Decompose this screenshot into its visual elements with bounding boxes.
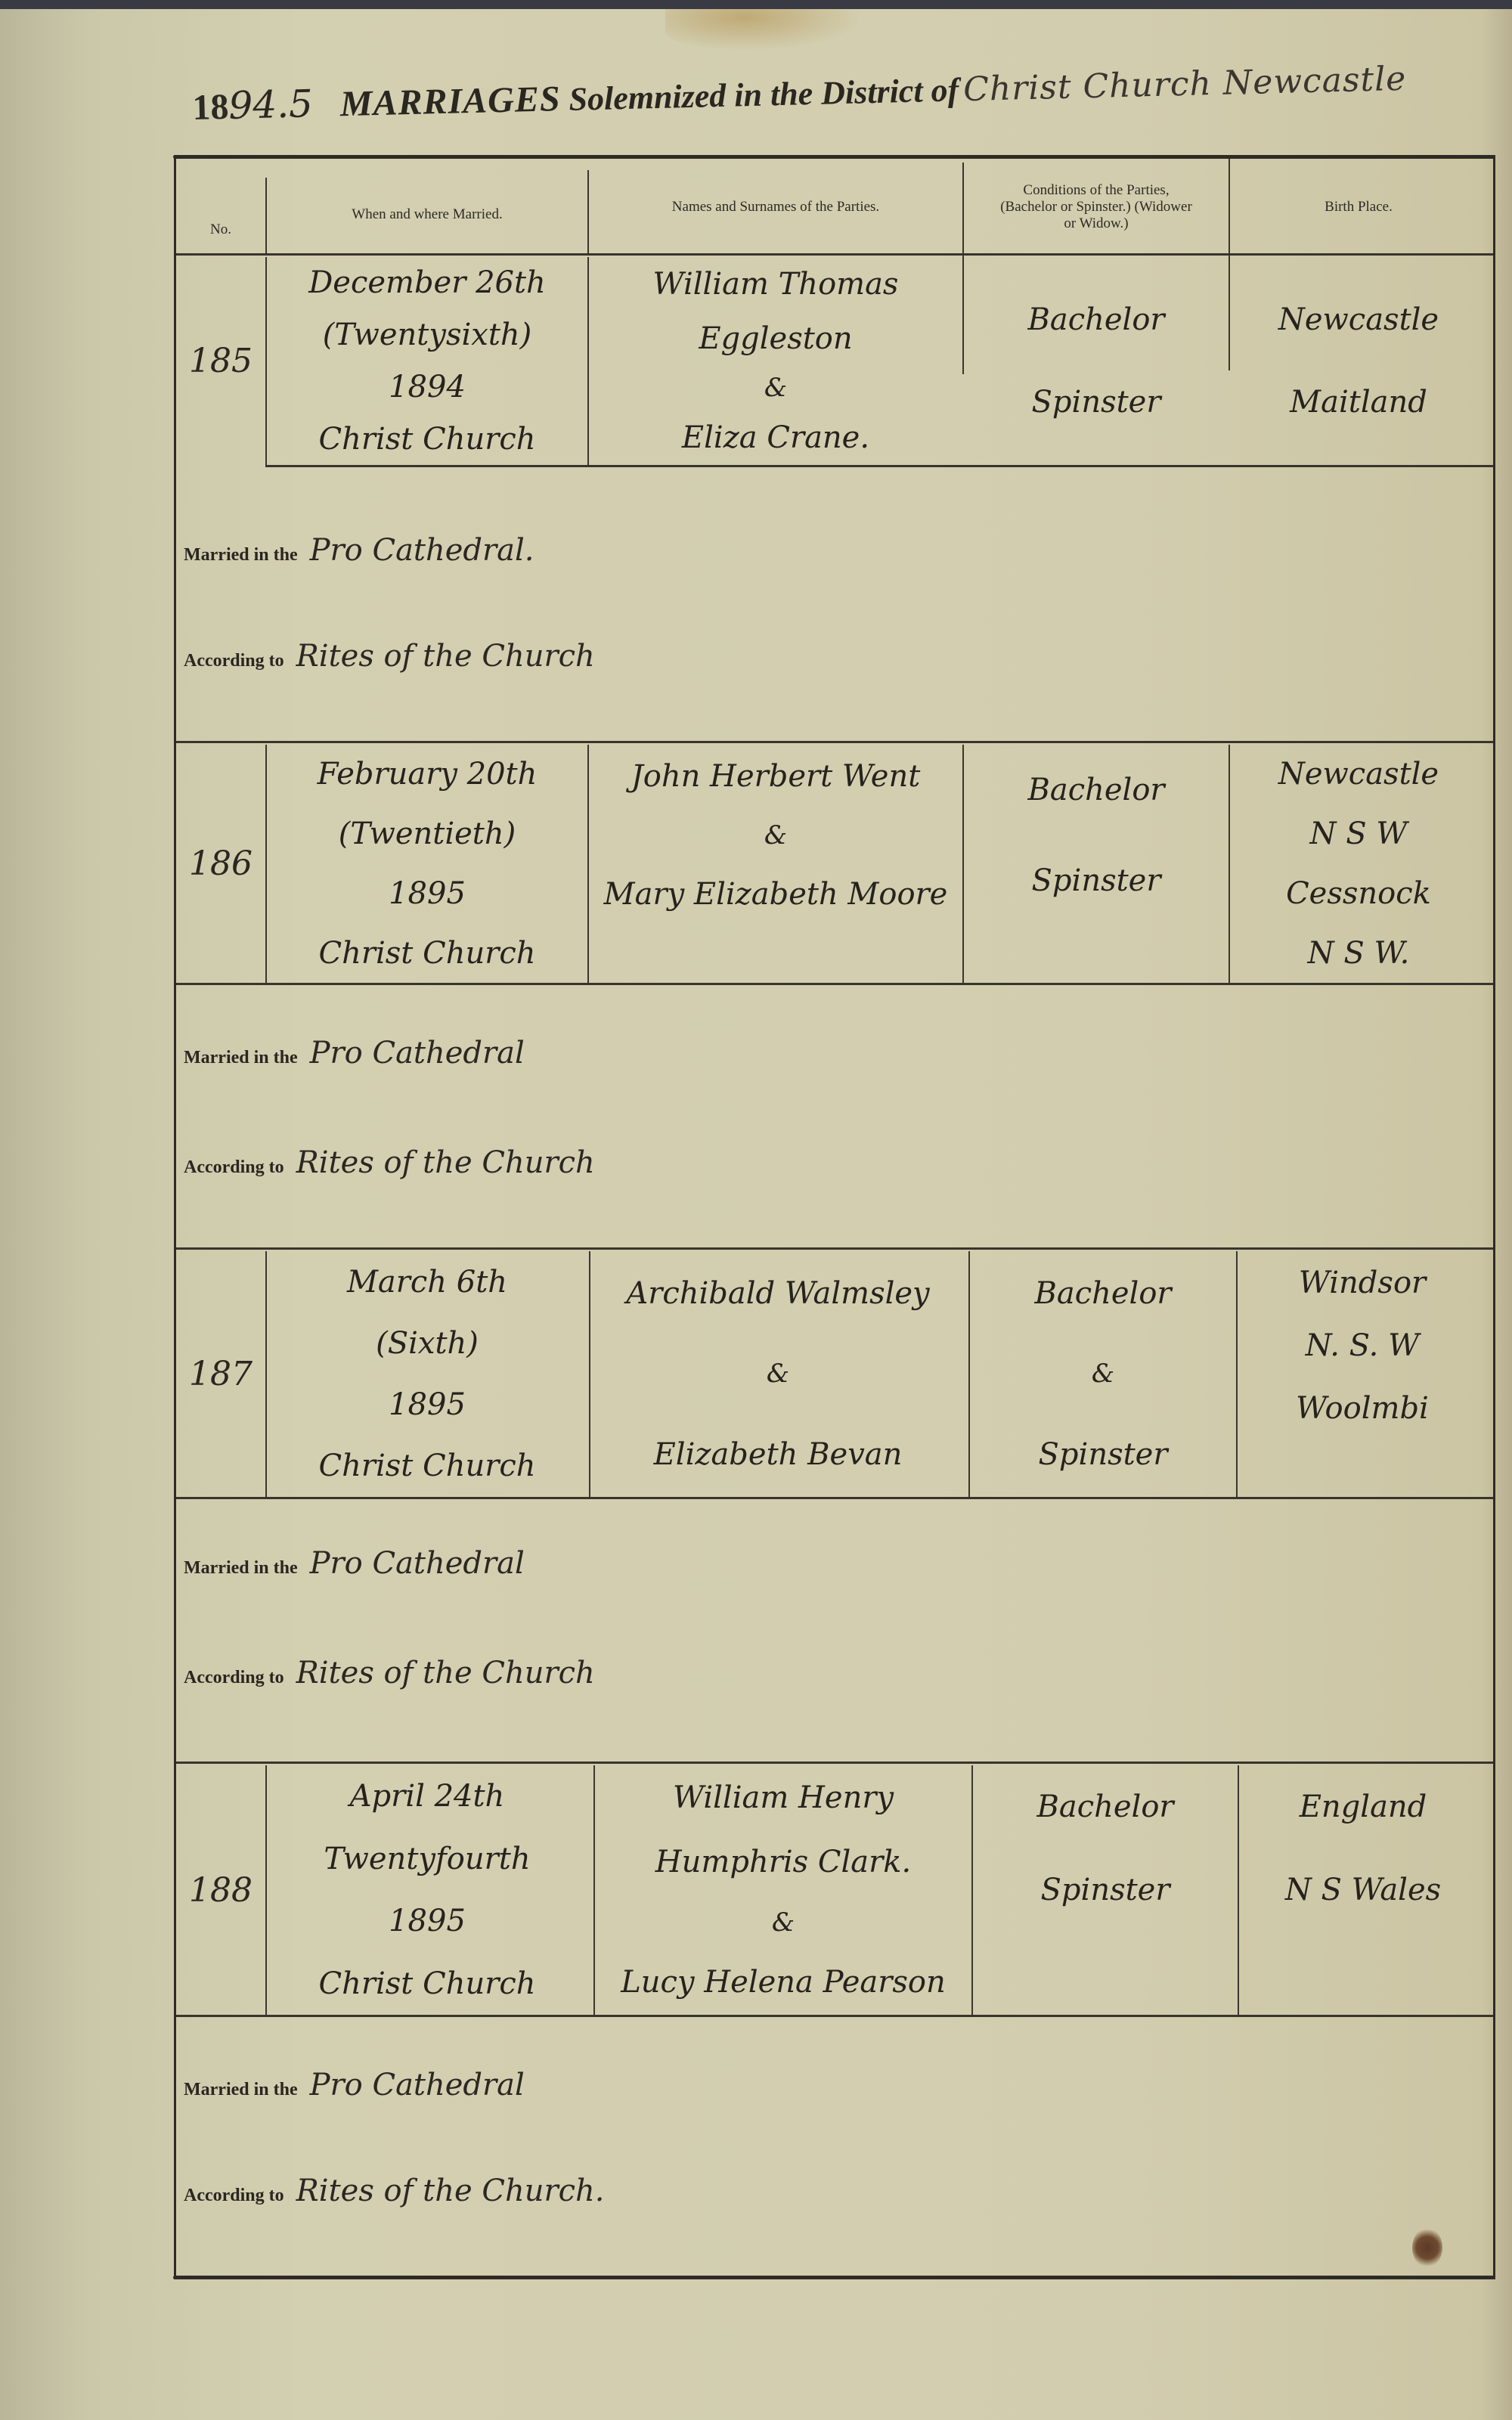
entry-rule [176,2015,1493,2017]
date-line: December 26th [308,263,546,302]
birth-place-cell: Newcastle N S W Cessnock N S W. [1230,745,1487,983]
according-to-value: Rites of the Church [296,1656,595,1690]
place-line: Christ Church [318,934,535,973]
bride-birth-place: Woolmbi [1296,1389,1429,1428]
groom-birth-place-state: N. S. W [1306,1326,1419,1365]
entry-number: 188 [176,1765,265,2015]
married-in-row: Married in the Pro Cathedral [184,1546,525,1581]
groom-condition: Bachelor [1036,1787,1173,1827]
ampersand: & [1092,1359,1114,1389]
title-district: Christ Church Newcastle [963,60,1407,109]
conditions-cell: Bachelor & Spinster [970,1251,1236,1497]
married-in-label: Married in the [184,2080,298,2100]
section-rule [176,1247,1493,1250]
col-divider [587,170,589,253]
names-cell: William Henry Humphris Clark. & Lucy Hel… [595,1765,971,2015]
groom-birth-place: England [1300,1787,1427,1827]
header-when-where: When and where Married. [267,159,587,263]
ampersand: & [764,820,787,851]
title-printed: MARRIAGES Solemnized in the District of [339,71,959,123]
groom-condition: Bachelor [1034,1274,1171,1313]
according-to-label: According to [184,2186,284,2206]
bride-condition: Spinster [1032,383,1161,422]
when-where-cell: February 20th (Twentieth) 1895 Christ Ch… [267,745,587,983]
names-cell: William Thomas Eggleston & Eliza Crane. [589,257,962,465]
birth-place-cell: England N S Wales [1239,1765,1487,1932]
married-in-label: Married in the [184,545,298,565]
groom-name: William Henry [673,1778,894,1817]
section-rule [176,1762,1493,1764]
bride-condition: Spinster [1032,861,1161,900]
date-words-line: (Twentieth) [339,814,516,854]
date-words-line: (Sixth) [376,1324,479,1363]
names-cell: Archibald Walmsley & Elizabeth Bevan [590,1251,965,1497]
date-line: March 6th [347,1263,507,1302]
title-solemnized: Solemnized in the District of [569,71,959,118]
ampersand: & [767,1359,789,1389]
header-names: Names and Surnames of the Parties. [589,159,962,256]
groom-birth-place-state: N S W [1310,814,1408,854]
entry-number: 187 [176,1251,265,1497]
bride-condition: Spinster [1041,1870,1170,1910]
bottom-rule [173,2276,1495,2279]
ampersand: & [764,373,787,403]
married-in-row: Married in the Pro Cathedral [184,1036,525,1071]
groom-name: John Herbert Went [631,757,921,796]
groom-birth-place: Windsor [1299,1263,1426,1303]
entry-number: 185 [176,257,265,465]
ampersand: & [772,1907,795,1938]
year-line: 1895 [389,1385,466,1424]
groom-condition: Bachelor [1027,300,1164,339]
according-to-row: According to Rites of the Church [184,1656,595,1690]
groom-name: Archibald Walmsley [626,1274,929,1313]
date-words-line: Twentyfourth [324,1839,530,1879]
water-stain [665,9,862,51]
entry-rule [265,465,1493,467]
when-where-cell: December 26th (Twentysixth) 1894 Christ … [267,257,587,465]
conditions-cell: Bachelor Spinster [964,745,1228,926]
married-in-value: Pro Cathedral. [310,533,534,568]
date-words-line: (Twentysixth) [323,315,532,355]
bride-birth-place: Cessnock [1286,874,1431,913]
entry-rule [176,983,1493,985]
according-to-value: Rites of the Church. [296,2174,605,2208]
place-line: Christ Church [318,1964,535,2003]
header-conditions: Conditions of the Parties, (Bachelor or … [964,159,1228,256]
year-line: 1895 [389,1901,466,1941]
when-where-cell: March 6th (Sixth) 1895 Christ Church [267,1251,587,1497]
married-in-value: Pro Cathedral [310,2068,525,2102]
bride-birth-place: Maitland [1290,383,1427,422]
entry-number: 186 [176,745,265,983]
according-to-row: According to Rites of the Church [184,639,595,674]
according-to-value: Rites of the Church [296,639,595,674]
groom-birth-place: Newcastle [1278,755,1439,794]
header-rule [176,253,1493,256]
according-to-row: According to Rites of the Church [184,1145,595,1180]
according-to-label: According to [184,651,284,671]
according-to-row: According to Rites of the Church. [184,2174,605,2208]
place-line: Christ Church [318,1446,535,1486]
place-line: Christ Church [318,420,535,459]
year-line: 1894 [389,367,466,407]
conditions-cell: Bachelor Spinster [973,1765,1238,1932]
title-year-printed: 18 [192,87,229,128]
entry-rule [176,1497,1493,1499]
date-line: April 24th [350,1777,505,1816]
married-in-value: Pro Cathedral [310,1036,525,1071]
groom-condition: Bachelor [1027,770,1164,810]
bride-name: Lucy Helena Pearson [621,1963,946,2002]
birth-place-cell: Newcastle Maitland [1230,257,1487,465]
section-rule [176,741,1493,743]
register-table: No. When and where Married. Names and Su… [174,155,1495,2279]
according-to-label: According to [184,1157,284,1178]
bride-birth-place-state: N S W. [1308,934,1410,973]
bride-birth-place: N S Wales [1285,1870,1441,1910]
names-cell: John Herbert Went & Mary Elizabeth Moore [589,745,962,926]
bride-condition: Spinster [1039,1435,1168,1474]
groom-birth-place: Newcastle [1278,300,1439,339]
birth-place-cell: Windsor N. S. W Woolmbi [1238,1251,1487,1440]
married-in-label: Married in the [184,1048,298,1068]
groom-surname: Eggleston [699,319,852,358]
married-in-label: Married in the [184,1558,298,1579]
married-in-row: Married in the Pro Cathedral [184,2068,525,2102]
groom-surname: Humphris Clark. [655,1842,911,1882]
married-in-row: Married in the Pro Cathedral. [184,533,534,568]
year-line: 1895 [389,874,466,913]
bride-name: Mary Elizabeth Moore [604,875,948,914]
title-year-handwritten: 94.5 [228,82,314,128]
col-divider [265,178,267,253]
bride-name: Elizabeth Bevan [654,1435,903,1474]
date-line: February 20th [318,755,538,794]
when-where-cell: April 24th Twentyfourth 1895 Christ Chur… [267,1765,587,2015]
married-in-value: Pro Cathedral [310,1546,525,1581]
bride-name: Eliza Crane. [682,418,869,457]
conditions-cell: Bachelor Spinster [964,257,1228,465]
according-to-value: Rites of the Church [296,1145,595,1180]
groom-name: William Thomas [653,265,899,304]
according-to-label: According to [184,1668,284,1688]
title-marriages: MARRIAGES [339,79,561,124]
